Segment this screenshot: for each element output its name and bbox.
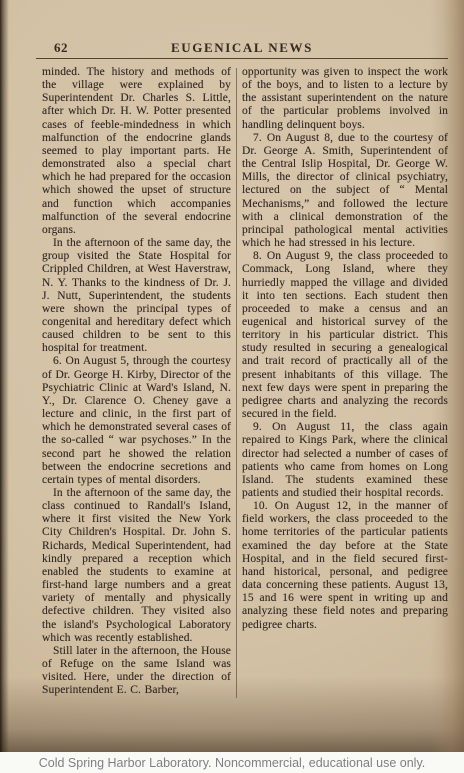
footer-strip: Cold Spring Harbor Laboratory. Noncommer… — [0, 752, 464, 773]
paragraph: 7. On August 8, due to the courtesy of D… — [242, 132, 448, 250]
paragraph: 8. On August 9, the class proceeded to C… — [242, 250, 448, 421]
paragraph: In the afternoon of the same day, the gr… — [42, 237, 231, 355]
right-column: opportunity was given to inspect the wor… — [242, 66, 448, 698]
text-columns: minded. The history and methods of the v… — [42, 66, 448, 698]
paragraph: 6. On August 5, through the courtesy of … — [42, 355, 231, 487]
paragraph: minded. The history and methods of the v… — [42, 66, 231, 237]
column-divider — [236, 68, 237, 698]
page-header: 62 EUGENICAL NEWS — [40, 40, 444, 54]
journal-title: EUGENICAL NEWS — [40, 40, 444, 56]
paragraph: opportunity was given to inspect the wor… — [242, 66, 448, 132]
paragraph: In the afternoon of the same day, the cl… — [42, 487, 231, 645]
paragraph: Still later in the afternoon, the House … — [42, 645, 231, 698]
scanned-page: 62 EUGENICAL NEWS minded. The history an… — [0, 0, 464, 752]
paragraph: 10. On August 12, in the manner of field… — [242, 500, 448, 632]
header-rule — [36, 58, 448, 59]
paragraph: 9. On August 11, the class again repaire… — [242, 421, 448, 500]
left-column: minded. The history and methods of the v… — [42, 66, 231, 698]
footer-caption: Cold Spring Harbor Laboratory. Noncommer… — [39, 756, 426, 770]
